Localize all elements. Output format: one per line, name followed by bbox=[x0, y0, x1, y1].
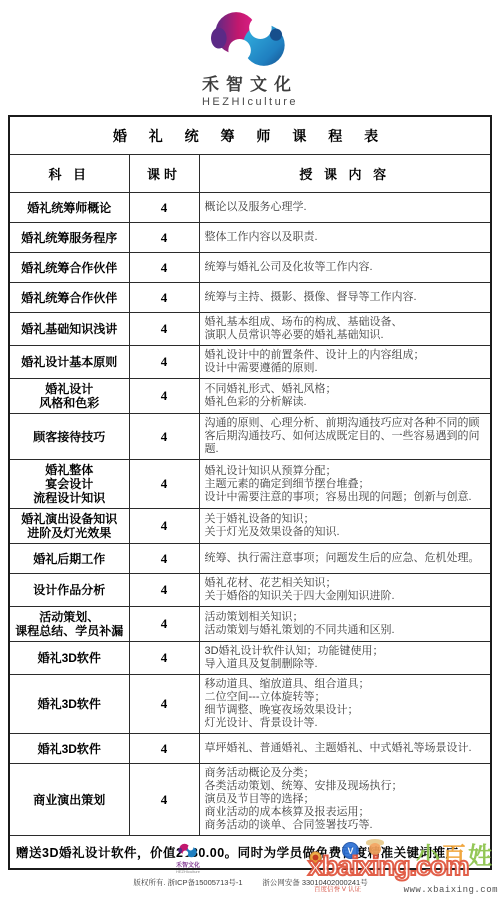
subject-cell: 婚礼设计 风格和色彩 bbox=[9, 379, 129, 414]
hours-cell: 4 bbox=[129, 346, 199, 379]
hours-cell: 4 bbox=[129, 460, 199, 509]
table-row: 婚礼整体 宴会设计 流程设计知识4婚礼设计知识从预算分配； 主题元素的确定到细节… bbox=[9, 460, 491, 509]
subject-cell: 婚礼统筹师概论 bbox=[9, 193, 129, 223]
hours-cell: 4 bbox=[129, 313, 199, 346]
hezhi-swirl-logo-icon bbox=[198, 10, 302, 68]
content-cell: 沟通的原则、心理分析、前期沟通技巧应对各种不同的顾客后期沟通技巧、如何达成既定目… bbox=[199, 414, 491, 460]
table-row: 婚礼设计 风格和色彩4不同婚礼形式、婚礼风格； 婚礼色彩的分析解读. bbox=[9, 379, 491, 414]
content-cell: 不同婚礼形式、婚礼风格； 婚礼色彩的分析解读. bbox=[199, 379, 491, 414]
content-cell: 草坪婚礼、普通婚礼、主题婚礼、中式婚礼等场景设计. bbox=[199, 734, 491, 764]
table-row: 婚礼3D软件4移动道具、缩放道具、组合道具； 二位空间---立体旋转等； 细节调… bbox=[9, 675, 491, 734]
subject-cell: 婚礼演出设备知识 进阶及灯光效果 bbox=[9, 509, 129, 544]
content-cell: 统筹与主持、摄影、摄像、督导等工作内容. bbox=[199, 283, 491, 313]
content-cell: 婚礼设计知识从预算分配； 主题元素的确定到细节摆台堆叠； 设计中需要注意的事项；… bbox=[199, 460, 491, 509]
table-row: 婚礼统筹合作伙伴4统筹与婚礼公司及化妆等工作内容. bbox=[9, 253, 491, 283]
header-subject: 科 目 bbox=[9, 155, 129, 193]
header-content: 授 课 内 容 bbox=[199, 155, 491, 193]
content-cell: 商务活动概论及分类； 各类活动策划、统筹、安排及现场执行； 演员及节目等的选择；… bbox=[199, 764, 491, 836]
subject-cell: 婚礼统筹合作伙伴 bbox=[9, 253, 129, 283]
table-row: 婚礼3D软件43D婚礼设计软件认知；功能键使用； 导入道具及复制删除等. bbox=[9, 642, 491, 675]
content-cell: 婚礼花材、花艺相关知识； 关于婚俗的知识关于四大金刚知识进阶. bbox=[199, 574, 491, 607]
subject-cell: 婚礼基础知识浅讲 bbox=[9, 313, 129, 346]
table-row: 婚礼统筹合作伙伴4统筹与主持、摄影、摄像、督导等工作内容. bbox=[9, 283, 491, 313]
content-cell: 婚礼基本组成、场布的构成、基础设备、 演职人员常识等必要的婚礼基础知识. bbox=[199, 313, 491, 346]
baidu-credit-text: 百度信誉 V 认证 bbox=[314, 884, 361, 893]
xbaixing-url-text: www.xbaixing.com bbox=[404, 885, 498, 895]
hours-cell: 4 bbox=[129, 223, 199, 253]
hours-cell: 4 bbox=[129, 574, 199, 607]
subject-cell: 设计作品分析 bbox=[9, 574, 129, 607]
course-schedule-table: 婚 礼 统 筹 师 课 程 表 科 目 课时 授 课 内 容 婚礼统筹师概论4概… bbox=[8, 115, 492, 870]
content-cell: 3D婚礼设计软件认知；功能键使用； 导入道具及复制删除等. bbox=[199, 642, 491, 675]
hours-cell: 4 bbox=[129, 675, 199, 734]
content-cell: 统筹、执行需注意事项；问题发生后的应急、危机处理。 bbox=[199, 544, 491, 574]
content-cell: 概论以及服务心理学. bbox=[199, 193, 491, 223]
course-schedule-page: 禾智文化 HEZHIculture 婚 礼 统 筹 师 课 程 表 科 目 课时… bbox=[0, 0, 500, 900]
hours-cell: 4 bbox=[129, 253, 199, 283]
brand-subtitle: HEZHIculture bbox=[0, 96, 500, 108]
subject-cell: 商业演出策划 bbox=[9, 764, 129, 836]
brand-name: 禾智文化 bbox=[0, 70, 500, 95]
hours-cell: 4 bbox=[129, 283, 199, 313]
table-row: 婚礼设计基本原则4婚礼设计中的前置条件、设计上的内容组成； 设计中需要遵循的原则… bbox=[9, 346, 491, 379]
table-row: 婚礼后期工作4统筹、执行需注意事项；问题发生后的应急、危机处理。 bbox=[9, 544, 491, 574]
hours-cell: 4 bbox=[129, 379, 199, 414]
subject-cell: 婚礼设计基本原则 bbox=[9, 346, 129, 379]
xbaixing-watermark: 小百姓 V xbaixing.com 百度信誉 V 认证 www.xbaixin… bbox=[308, 836, 500, 896]
table-row: 婚礼统筹师概论4概论以及服务心理学. bbox=[9, 193, 491, 223]
subject-cell: 顾客接待技巧 bbox=[9, 414, 129, 460]
hours-cell: 4 bbox=[129, 607, 199, 642]
content-cell: 移动道具、缩放道具、组合道具； 二位空间---立体旋转等； 细节调整、晚宴夜场效… bbox=[199, 675, 491, 734]
hours-cell: 4 bbox=[129, 414, 199, 460]
hours-cell: 4 bbox=[129, 544, 199, 574]
xbaixing-brand-text: xbaixing.com bbox=[308, 851, 469, 882]
content-cell: 整体工作内容以及职责. bbox=[199, 223, 491, 253]
subject-cell: 婚礼整体 宴会设计 流程设计知识 bbox=[9, 460, 129, 509]
hours-cell: 4 bbox=[129, 642, 199, 675]
brand-header: 禾智文化 HEZHIculture bbox=[0, 0, 500, 108]
subject-cell: 婚礼统筹服务程序 bbox=[9, 223, 129, 253]
table-row: 商业演出策划4商务活动概论及分类； 各类活动策划、统筹、安排及现场执行； 演员及… bbox=[9, 764, 491, 836]
table-row: 婚礼3D软件4草坪婚礼、普通婚礼、主题婚礼、中式婚礼等场景设计. bbox=[9, 734, 491, 764]
content-cell: 关于婚礼设备的知识； 关于灯光及效果设备的知识. bbox=[199, 509, 491, 544]
content-cell: 活动策划相关知识； 活动策划与婚礼策划的不同共通和区别. bbox=[199, 607, 491, 642]
subject-cell: 婚礼后期工作 bbox=[9, 544, 129, 574]
table-row: 设计作品分析4婚礼花材、花艺相关知识； 关于婚俗的知识关于四大金刚知识进阶. bbox=[9, 574, 491, 607]
subject-cell: 婚礼统筹合作伙伴 bbox=[9, 283, 129, 313]
mini-logo-subtitle: HEZHIculture bbox=[128, 869, 248, 874]
subject-cell: 婚礼3D软件 bbox=[9, 675, 129, 734]
hours-cell: 4 bbox=[129, 764, 199, 836]
content-cell: 统筹与婚礼公司及化妆等工作内容. bbox=[199, 253, 491, 283]
table-row: 婚礼演出设备知识 进阶及灯光效果4关于婚礼设备的知识； 关于灯光及效果设备的知识… bbox=[9, 509, 491, 544]
table-row: 活动策划、 课程总结、学员补漏4活动策划相关知识； 活动策划与婚礼策划的不同共通… bbox=[9, 607, 491, 642]
table-header-row: 科 目 课时 授 课 内 容 bbox=[9, 155, 491, 193]
subject-cell: 婚礼3D软件 bbox=[9, 642, 129, 675]
hours-cell: 4 bbox=[129, 734, 199, 764]
hours-cell: 4 bbox=[129, 509, 199, 544]
table-row: 顾客接待技巧4沟通的原则、心理分析、前期沟通技巧应对各种不同的顾客后期沟通技巧、… bbox=[9, 414, 491, 460]
page-footer: 禾智文化 HEZHIculture 版权所有. 浙ICP备15005713号-1… bbox=[0, 838, 500, 896]
hours-cell: 4 bbox=[129, 193, 199, 223]
table-row: 婚礼统筹服务程序4整体工作内容以及职责. bbox=[9, 223, 491, 253]
table-row: 婚礼基础知识浅讲4婚礼基本组成、场布的构成、基础设备、 演职人员常识等必要的婚礼… bbox=[9, 313, 491, 346]
icp-license-text: 版权所有. 浙ICP备15005713号-1 bbox=[128, 877, 248, 888]
mini-hezhi-logo-icon bbox=[175, 843, 201, 858]
subject-cell: 婚礼3D软件 bbox=[9, 734, 129, 764]
wm-char: 姓 bbox=[468, 843, 494, 870]
table-title: 婚 礼 统 筹 师 课 程 表 bbox=[9, 116, 491, 155]
subject-cell: 活动策划、 课程总结、学员补漏 bbox=[9, 607, 129, 642]
copyright-block: 禾智文化 HEZHIculture 版权所有. 浙ICP备15005713号-1 bbox=[128, 843, 248, 888]
header-hours: 课时 bbox=[129, 155, 199, 193]
content-cell: 婚礼设计中的前置条件、设计上的内容组成； 设计中需要遵循的原则. bbox=[199, 346, 491, 379]
